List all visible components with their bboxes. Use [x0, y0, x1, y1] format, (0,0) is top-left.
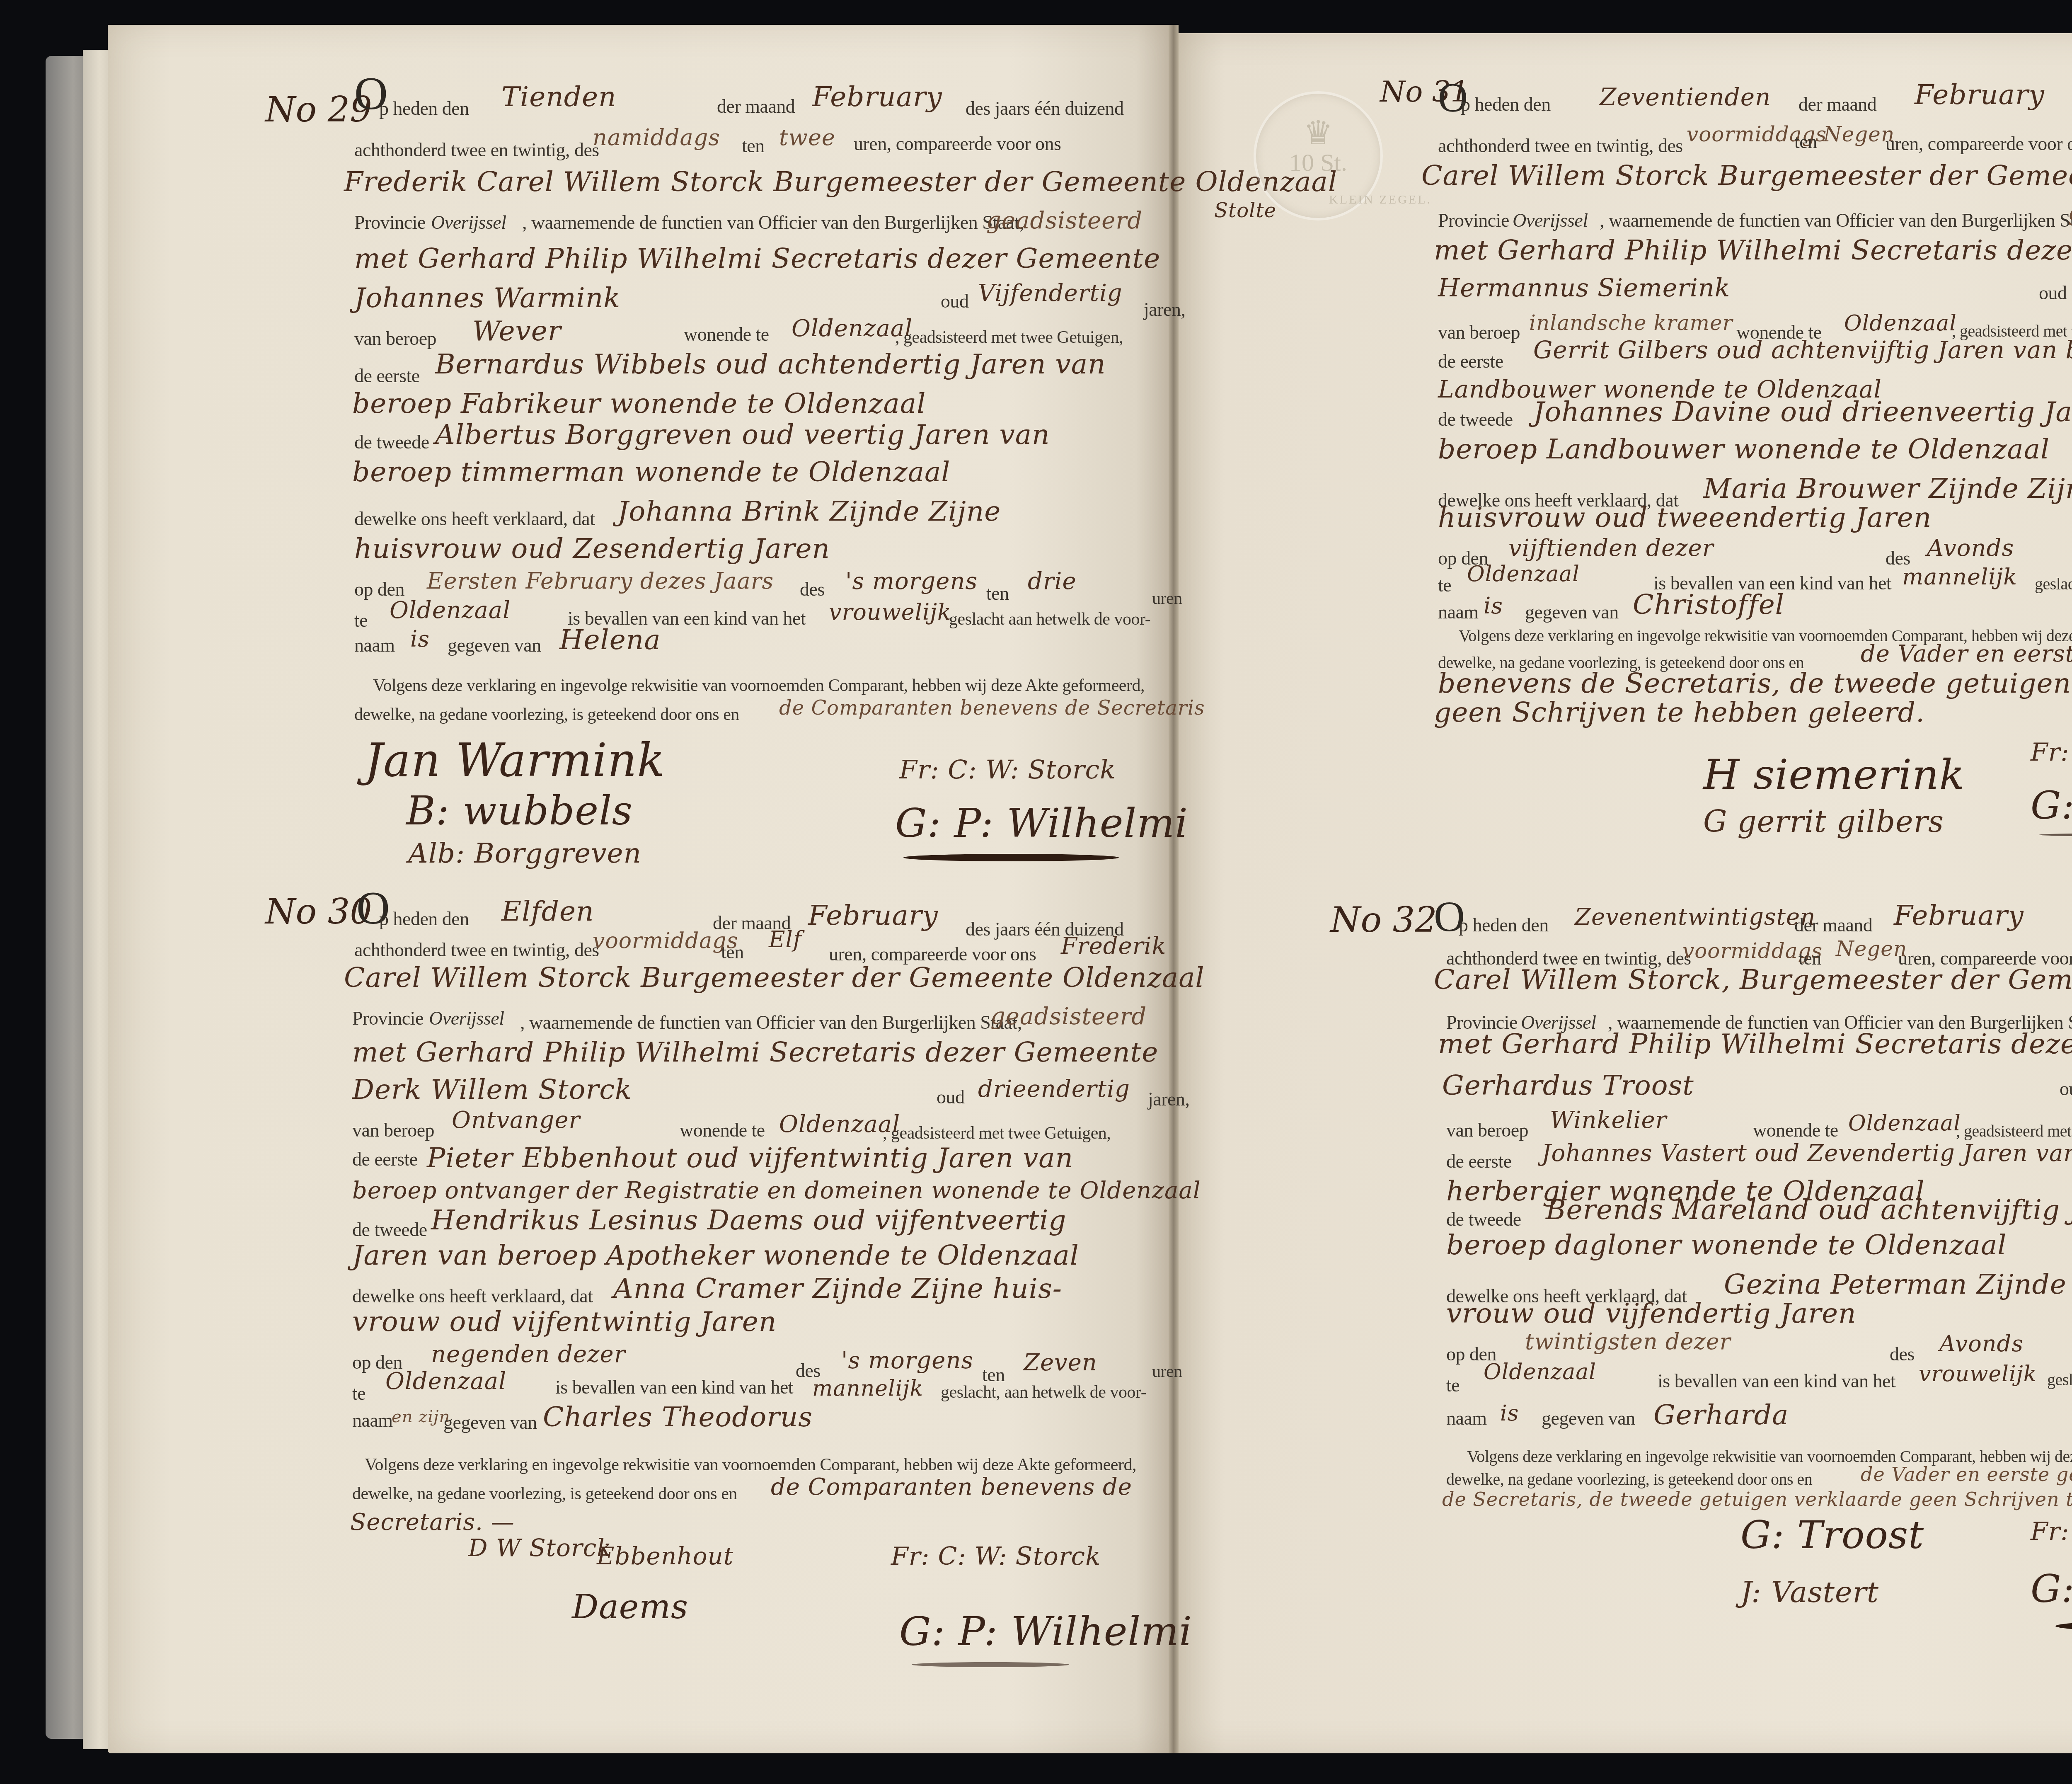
printed-text: , geadsisteerd met twee Getuigen,: [1956, 1121, 2072, 1141]
printed-text: p heden den: [1459, 914, 1549, 936]
handwritten-text: beroep timmerman wonende te Oldenzaal: [352, 456, 950, 488]
handwritten-text: is: [410, 626, 430, 652]
handwritten-witness-1: Bernardus Wibbels oud achtendertig Jaren…: [435, 348, 1106, 380]
signature-witness-2: Alb: Borggreven: [408, 837, 641, 869]
handwritten-comparant: Hermannus Siemerink: [1438, 274, 1730, 303]
signature-father: G: Troost: [1740, 1513, 1924, 1557]
printed-text: gegeven van: [448, 634, 541, 656]
printed-text: van beroep: [1438, 321, 1520, 343]
handwritten-time-of-day: 's morgens: [841, 1347, 973, 1374]
handwritten-child-name: Helena: [559, 624, 661, 656]
handwritten-text: Jaren van beroep Apotheker wonende te Ol…: [352, 1239, 1079, 1271]
signature-witness-1: G gerrit gilbers: [1703, 804, 1944, 839]
printed-text: uren, compareerde voor ons: [1886, 133, 2072, 155]
handwritten-secretary: met Gerhard Philip Wilhelmi Secretaris d…: [352, 1036, 1158, 1068]
handwritten-text: benevens de Secretaris, de tweede getuig…: [1438, 667, 2072, 699]
margin-note: Stolte: [1214, 199, 1276, 222]
handwritten-place: Oldenzaal: [385, 1368, 506, 1395]
signature-witness-1: J: Vastert: [1740, 1575, 1879, 1609]
handwritten-witness-1: Johannes Vastert oud Zevendertig Jaren v…: [1542, 1140, 2072, 1167]
printed-text: oud: [937, 1086, 965, 1108]
handwritten-text: is: [1500, 1401, 1519, 1426]
printed-text: , waarnemende de functien van Officier v…: [522, 211, 1024, 233]
seal-inscription: KLEIN ZEGEL.: [1318, 193, 1443, 207]
handwritten-text: beroep dagloner wonende te Oldenzaal: [1446, 1229, 2007, 1261]
signature-secretary: G: P: Wilhelmi: [2031, 1567, 2072, 1611]
handwritten-day: Elfden: [501, 895, 594, 927]
handwritten-birth-date: twintigsten dezer: [1525, 1328, 1731, 1355]
printed-text: oud: [2060, 1078, 2072, 1100]
printed-text: gegeven van: [1542, 1407, 1635, 1429]
printed-text: , waarnemende de functien van Officier v…: [520, 1011, 1022, 1033]
printed-text: oud: [2039, 282, 2067, 304]
signature-mayor: Fr: C: W: Storck: [899, 754, 1116, 785]
printed-text: der maand: [1798, 93, 1876, 115]
handwritten-mother: Johanna Brink Zijnde Zijne: [617, 495, 1001, 527]
printed-text: achthonderd twee en twintig, des: [354, 939, 599, 961]
handwritten-child-name: Gerharda: [1653, 1399, 1789, 1431]
printed-text: des jaars één duizend: [966, 97, 1124, 119]
handwritten-sex: mannelijk: [812, 1376, 923, 1401]
signature-father: Jan Warmink: [365, 734, 665, 787]
handwritten-mother: Maria Brouwer Zijnde Zijne: [1703, 473, 2072, 504]
handwritten-sex: vrouwelijk: [1919, 1362, 2037, 1386]
handwritten-hour: Negen: [1836, 937, 1907, 961]
handwritten-witness-2: Johannes Davine oud drieenveertig Jaren …: [1533, 396, 2072, 428]
handwritten-occupation: inlandsche kramer: [1529, 311, 1733, 335]
handwritten-residence: Oldenzaal: [1844, 311, 1957, 336]
handwritten-mother: Gezina Peterman Zijnde Zijne huis-: [1724, 1268, 2072, 1300]
handwritten-signers-note: de Comparanten benevens de Secretaris: [779, 696, 1205, 720]
signature-mayor: Fr: C: W: Storck: [2031, 1517, 2072, 1546]
printed-text: des: [800, 578, 825, 600]
printed-text: der maand: [1794, 914, 1872, 936]
printed-province-name: Overijssel: [429, 1008, 504, 1029]
handwritten-text: vrouw oud vijfentwintig Jaren: [352, 1306, 777, 1338]
printed-text: p heden den: [1461, 93, 1551, 115]
handwritten-signers-note: de Comparanten benevens de: [771, 1474, 1132, 1500]
handwritten-time-of-day: Avonds: [1927, 535, 2014, 562]
handwritten-time-of-day: namiddags: [593, 124, 720, 150]
handwritten-secretary: met Gerhard Philip Wilhelmi Secretaris d…: [354, 242, 1160, 274]
printed-text: van beroep: [352, 1119, 434, 1141]
handwritten-text: beroep Landbouwer wonende te Oldenzaal: [1438, 433, 2050, 465]
printed-text: wonende te: [684, 323, 769, 345]
printed-text: Provincie: [354, 211, 426, 233]
signature-father: D W Storck: [468, 1534, 612, 1562]
printed-text: jaren,: [1148, 1088, 1189, 1110]
handwritten-mayor: Carel Willem Storck, Burgemeester der Ge…: [1434, 964, 2072, 996]
handwritten-occupation: Ontvanger: [452, 1107, 580, 1134]
printed-text: , geadsisteerd met twee Getuigen,: [895, 327, 1123, 347]
signature-mayor: Fr: C: W: Storck: [2031, 738, 2072, 767]
handwritten-mother: Anna Cramer Zijnde Zijne huis-: [613, 1273, 1062, 1304]
printed-text: p heden den: [379, 908, 469, 930]
printed-text: dewelke ons heeft verklaard, dat: [354, 508, 595, 530]
handwritten-hour: Elf: [769, 926, 802, 953]
handwritten-witness-1: Gerrit Gilbers oud achtenvijftig Jaren v…: [1533, 336, 2072, 364]
printed-text: wonende te: [1753, 1119, 1838, 1141]
printed-closing-text: dewelke, na gedane voorlezing, is geteek…: [354, 705, 739, 725]
handwritten-hour: drie: [1028, 568, 1077, 595]
printed-text: de tweede: [354, 431, 429, 453]
printed-text: is bevallen van een kind van het: [555, 1376, 793, 1398]
handwritten-text: Frederik: [1061, 933, 1166, 960]
handwritten-text: geadsisteerd: [2068, 199, 2072, 226]
printed-text: des: [1890, 1343, 1915, 1365]
handwritten-day: Tienden: [501, 81, 617, 113]
printed-text: wonende te: [680, 1119, 765, 1141]
handwritten-signers-note: de Vader en eerste getuigen: [1861, 640, 2072, 667]
printed-text: naam: [352, 1409, 393, 1431]
printed-text: de eerste: [1438, 350, 1503, 372]
handwritten-birth-date: negenden dezer: [431, 1341, 626, 1368]
handwritten-hour: Zeven: [1024, 1349, 1097, 1376]
printed-text: uren: [1152, 1362, 1182, 1382]
printed-text: is bevallen van een kind van het: [1658, 1370, 1895, 1392]
handwritten-day: Zevenentwintigsten: [1575, 904, 1815, 931]
signature-witness-1: Ebbenhout: [597, 1542, 733, 1570]
handwritten-hour: Negen: [1823, 122, 1895, 146]
printed-text: jaren,: [1144, 298, 1185, 320]
handwritten-witness-1: Pieter Ebbenhout oud vijfentwintig Jaren…: [427, 1142, 1073, 1174]
printed-text: geslacht, aan hetwelk de voor-: [2047, 1370, 2072, 1389]
printed-text: Provincie: [1438, 209, 1509, 231]
handwritten-time-of-day: 's morgens: [845, 568, 978, 595]
signature-secretary: G: P: Wilhelmi: [895, 800, 1188, 846]
handwritten-time-of-day: voormiddags: [593, 928, 738, 953]
printed-text: der maand: [717, 95, 795, 117]
printed-text: p heden den: [379, 97, 469, 119]
printed-text: te: [1438, 574, 1451, 596]
signature-witness-1: B: wubbels: [406, 788, 633, 834]
printed-text: gegeven van: [1525, 601, 1619, 623]
signature-father: H siemerink: [1703, 750, 1965, 799]
handwritten-place: Oldenzaal: [1467, 562, 1580, 587]
handwritten-text: de Secretaris, de tweede getuigen verkla…: [1442, 1488, 2072, 1510]
entry-number: No 32: [1330, 899, 1437, 940]
handwritten-place: Oldenzaal: [1484, 1360, 1596, 1384]
handwritten-text: huisvrouw oud Zesendertig Jaren: [354, 533, 830, 565]
printed-text: de tweede: [1438, 408, 1513, 430]
printed-province-name: Overijssel: [431, 212, 506, 233]
printed-text: van beroep: [1446, 1119, 1528, 1141]
printed-closing-text: Volgens deze verklaring en ingevolge rek…: [365, 1455, 1136, 1475]
handwritten-text: beroep ontvanger der Registratie en dome…: [352, 1177, 1201, 1204]
printed-text: achthonderd twee en twintig, des: [1438, 135, 1683, 157]
printed-text: te: [354, 609, 368, 631]
handwritten-secretary: met Gerhard Philip Wilhelmi Secretaris d…: [1434, 234, 2072, 266]
printed-text: naam: [1446, 1407, 1487, 1429]
printed-province: Overijssel: [429, 1007, 504, 1029]
printed-text: te: [1446, 1374, 1460, 1396]
handwritten-month: February: [808, 899, 938, 931]
handwritten-time-of-day: Avonds: [1939, 1331, 2024, 1357]
printed-text: geslacht, aan hetwelk de voor-: [2035, 574, 2072, 594]
signature-witness-2: Daems: [572, 1588, 688, 1626]
printed-text: de eerste: [1446, 1150, 1512, 1172]
handwritten-text: is: [1484, 593, 1503, 619]
printed-text: naam: [354, 634, 395, 656]
handwritten-text: geadsisteerd: [986, 207, 1143, 234]
printed-province: Overijssel: [1513, 209, 1588, 231]
printed-text: , geadsisteerd met twee Getuigen,: [883, 1123, 1111, 1143]
handwritten-birth-date: Eersten February dezes Jaars: [427, 568, 774, 594]
handwritten-place: Oldenzaal: [390, 597, 511, 624]
printed-text: de eerste: [354, 365, 420, 387]
printed-closing-text: dewelke, na gedane voorlezing, is geteek…: [1446, 1469, 1812, 1489]
printed-text: te: [352, 1382, 366, 1404]
handwritten-mayor: Frederik Carel Willem Storck Burgemeeste…: [344, 166, 1337, 198]
printed-text: naam: [1438, 601, 1479, 623]
printed-text: ten: [742, 135, 765, 157]
handwritten-child-name: Charles Theodorus: [543, 1401, 813, 1433]
handwritten-month: February: [1915, 79, 2045, 111]
handwritten-birth-date: vijftienden dezer: [1508, 535, 1714, 562]
handwritten-witness-2: Hendrikus Lesinus Daems oud vijfentveert…: [431, 1204, 1067, 1236]
signature-secretary: G: P: Wilhelmi: [2031, 783, 2072, 828]
handwritten-hour: twee: [779, 124, 835, 150]
printed-text: , waarnemende de functien van Officier v…: [1600, 209, 2072, 231]
handwritten-age: drieendertig: [978, 1076, 1130, 1103]
signature-flourish: [903, 854, 1119, 861]
signature-secretary: G: P: Wilhelmi: [899, 1608, 1192, 1655]
printed-text: uren: [1152, 589, 1182, 608]
printed-province-name: Overijssel: [1513, 210, 1588, 231]
printed-text: ten: [721, 941, 744, 963]
handwritten-text: en zijn: [392, 1407, 450, 1426]
handwritten-secretary: met Gerhard Philip Wilhelmi Secretaris d…: [1438, 1028, 2072, 1060]
printed-closing-text: Volgens deze verklaring en ingevolge rek…: [373, 676, 1145, 696]
printed-text: geslacht aan hetwelk de voor-: [949, 609, 1150, 629]
printed-text: oud: [941, 290, 969, 312]
printed-province: Overijssel: [431, 211, 506, 233]
printed-text: uren, compareerde voor ons: [854, 133, 1061, 155]
handwritten-witness-2: Berends Mareland oud achtenvijftig Jaren…: [1546, 1194, 2072, 1226]
handwritten-residence: Oldenzaal: [779, 1111, 900, 1138]
printed-text: gegeven van: [443, 1411, 537, 1433]
printed-text: ten: [1794, 131, 1817, 153]
printed-text: van beroep: [354, 327, 436, 349]
handwritten-text: geadsisteerd: [990, 1003, 1147, 1030]
printed-text: de tweede: [352, 1219, 427, 1241]
handwritten-child-name: Christoffel: [1633, 589, 1784, 621]
seal-value: 10 St.: [1256, 148, 1380, 177]
handwritten-sex: mannelijk: [1902, 564, 2017, 590]
handwritten-age: Vijfendertig: [978, 280, 1123, 307]
printed-text: de tweede: [1446, 1208, 1521, 1230]
handwritten-text: Secretaris. —: [350, 1509, 515, 1536]
handwritten-comparant: Derk Willem Storck: [352, 1074, 632, 1105]
printed-text: geslacht, aan hetwelk de voor-: [941, 1382, 1146, 1402]
handwritten-witness-2: Albertus Borggreven oud veertig Jaren va…: [435, 419, 1050, 451]
handwritten-text: beroep Fabrikeur wonende te Oldenzaal: [352, 388, 926, 419]
handwritten-residence: Oldenzaal: [792, 315, 913, 342]
handwritten-signers-note: de Vader en eerste getuigen benevens: [1861, 1463, 2072, 1486]
handwritten-text: huisvrouw oud tweeendertig Jaren: [1438, 502, 1932, 533]
handwritten-month: February: [812, 81, 942, 113]
handwritten-mayor: Carel Willem Storck Burgemeester der Gem…: [344, 962, 1205, 994]
handwritten-month: February: [1894, 899, 2024, 931]
handwritten-occupation: Wever: [472, 315, 561, 347]
signature-mayor: Fr: C: W: Storck: [891, 1542, 1101, 1571]
handwritten-comparant: Johannes Warmink: [354, 282, 620, 314]
crown-icon: ♛: [1303, 114, 1333, 153]
handwritten-residence: Oldenzaal: [1848, 1111, 1961, 1136]
printed-text: achthonderd twee en twintig, des: [354, 139, 599, 161]
handwritten-text: vrouw oud vijfendertig Jaren: [1446, 1297, 1857, 1329]
handwritten-text: geen Schrijven te hebben geleerd.: [1434, 696, 1925, 728]
handwritten-mayor: Carel Willem Storck Burgemeester der Gem…: [1421, 160, 2072, 191]
book-gutter: [1169, 25, 1179, 1753]
handwritten-occupation: Winkelier: [1550, 1107, 1667, 1134]
signature-flourish: [912, 1662, 1069, 1667]
printed-text: de eerste: [352, 1148, 418, 1170]
printed-text: Provincie: [352, 1007, 424, 1029]
printed-text: ten: [986, 582, 1009, 604]
printed-closing-text: dewelke, na gedane voorlezing, is geteek…: [352, 1484, 737, 1504]
handwritten-comparant: Gerhardus Troost: [1442, 1069, 1694, 1101]
printed-text: dewelke ons heeft verklaard, dat: [352, 1285, 593, 1307]
handwritten-sex: vrouwelijk: [829, 599, 951, 625]
handwritten-day: Zeventienden: [1600, 83, 1771, 111]
